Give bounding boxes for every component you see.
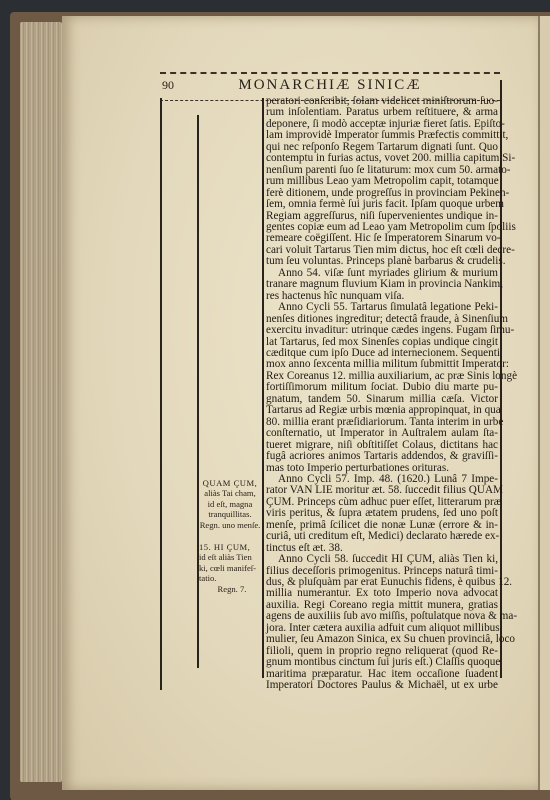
text-line: Anno Cycli 58. ſuccedit HI ÇUM, aliàs Ti… (266, 554, 498, 565)
margin-outer-rule (160, 98, 162, 690)
page-edges (20, 22, 62, 782)
margin-note-line: Regn. 7. (199, 584, 265, 594)
margin-note-line: tranquillitas. (197, 509, 263, 519)
margin-note-hi-cum: 15. HI ÇUM, id eſt aliàs Tien ki, cœli m… (199, 542, 265, 594)
main-text-column: peratori conſcribit, ſolam videlicet min… (266, 96, 498, 692)
text-line: conſternatio, ut Imperator in Auſtralem … (266, 428, 498, 439)
margin-note-line: tatio. (199, 573, 265, 583)
margin-note-line: ki, cœli manifeſ- (199, 563, 265, 573)
margin-note-line: id eſt aliàs Tien (199, 552, 265, 562)
text-line: tranare magnum fluvium Kiam in provincia… (266, 279, 498, 290)
text-line: gnum montibus cinctum ſui juris eſt.) Cl… (266, 657, 498, 668)
text-line: Imperatori Doctores Paulus & Michaël, ut… (266, 680, 498, 691)
text-line: Tartarus ad Regiæ urbis mœnia appropinqu… (266, 405, 498, 416)
text-line: exercitu invaditur: utrinque cædes ingen… (266, 325, 498, 336)
margin-note-line: Regn. uno menſe. (197, 520, 263, 530)
margin-note-line: id eſt, magna (197, 499, 263, 509)
margin-note-line: QUAM ÇUM, (197, 478, 263, 488)
margin-note-line: 15. HI ÇUM, (199, 542, 265, 552)
text-line: fugâ acriores animos Tartaris addendos, … (266, 451, 498, 462)
running-head-title: MONARCHIÆ SINICÆ (160, 77, 500, 94)
text-line: ſem, omnia fermè ſui juris facit. Ipſam … (266, 199, 498, 210)
text-line: Anno Cycli 55. Tartarus ſimulatâ legatio… (266, 302, 498, 313)
margin-note-quam-cum: QUAM ÇUM, aliàs Tai cham, id eſt, magna … (197, 478, 263, 530)
next-page-edge (540, 16, 550, 790)
text-line: curiâ, uti creditum eſt, Medici) declara… (266, 531, 498, 542)
text-line: rum millibus Leao yam Metropolim capit, … (266, 176, 498, 187)
margin-note-line: aliàs Tai cham, (197, 488, 263, 498)
text-line: contemptu in furias actus, vovet 200. mi… (266, 153, 498, 164)
